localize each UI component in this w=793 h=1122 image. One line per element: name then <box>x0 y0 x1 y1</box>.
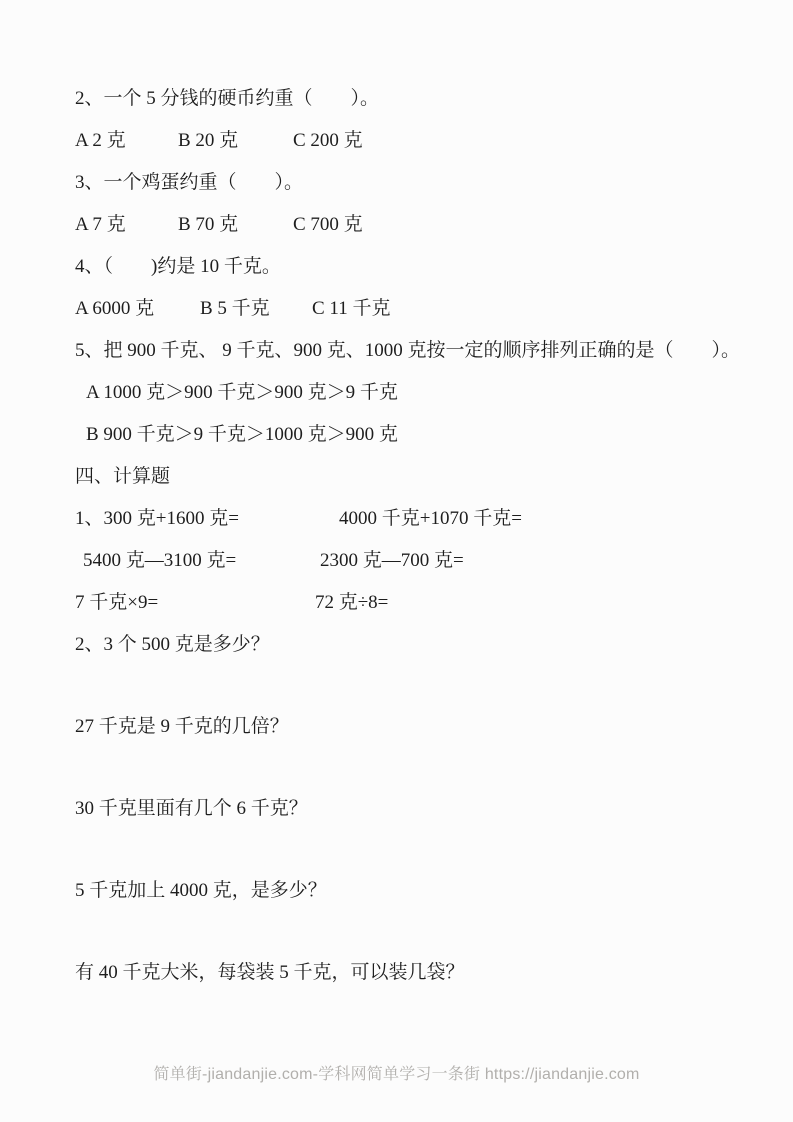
question-3-option-c: C 700 克 <box>293 214 363 236</box>
calc-row-1: 1、300 克+1600 克=4000 千克+1070 千克= <box>75 508 765 530</box>
question-3-options: A 7 克B 70 克C 700 克 <box>75 214 765 236</box>
calc-row-3-left: 7 千克×9= <box>75 592 315 614</box>
question-2-option-b: B 20 克 <box>178 130 293 152</box>
question-2-option-a: A 2 克 <box>75 130 178 152</box>
calc-section-heading: 四、计算题 <box>75 466 765 488</box>
question-4-option-a: A 6000 克 <box>75 298 200 320</box>
word-problem-2: 27 千克是 9 千克的几倍？ <box>75 716 765 738</box>
question-2-option-c: C 200 克 <box>293 130 363 152</box>
question-3-option-b: B 70 克 <box>178 214 293 236</box>
question-4-option-b: B 5 千克 <box>200 298 312 320</box>
question-4-prompt: 4、（ )约是 10 千克。 <box>75 256 765 278</box>
calc-row-1-left: 1、300 克+1600 克= <box>75 508 339 530</box>
calc-row-1-right: 4000 千克+1070 千克= <box>339 508 522 529</box>
calc-row-2-right: 2300 克—700 克= <box>320 550 464 571</box>
calc-row-3: 7 千克×9=72 克÷8= <box>75 592 765 614</box>
calc-row-3-right: 72 克÷8= <box>315 592 388 613</box>
worksheet-page: 2、一个 5 分钱的硬币约重（ ）。 A 2 克B 20 克C 200 克 3、… <box>0 0 793 1122</box>
word-problem-1: 2、3 个 500 克是多少？ <box>75 634 765 656</box>
question-5-option-b: B 900 千克＞9 千克＞1000 克＞900 克 <box>75 424 765 446</box>
question-3-prompt: 3、一个鸡蛋约重（ ）。 <box>75 172 765 194</box>
footer-watermark: 简单街-jiandanjie.com-学科网简单学习一条街 https://ji… <box>0 1064 793 1086</box>
worksheet-content: 2、一个 5 分钱的硬币约重（ ）。 A 2 克B 20 克C 200 克 3、… <box>75 88 765 1044</box>
question-5-option-a: A 1000 克＞900 千克＞900 克＞9 千克 <box>75 382 765 404</box>
question-5-prompt: 5、把 900 千克、 9 千克、900 克、1000 克按一定的顺序排列正确的… <box>75 340 765 362</box>
word-problem-4: 5 千克加上 4000 克，是多少？ <box>75 880 765 902</box>
question-2-options: A 2 克B 20 克C 200 克 <box>75 130 765 152</box>
question-4-options: A 6000 克B 5 千克C 11 千克 <box>75 298 765 320</box>
word-problem-3: 30 千克里面有几个 6 千克？ <box>75 798 765 820</box>
calc-row-2: 5400 克—3100 克=2300 克—700 克= <box>75 550 765 572</box>
question-4-option-c: C 11 千克 <box>312 298 390 320</box>
question-2-prompt: 2、一个 5 分钱的硬币约重（ ）。 <box>75 88 765 110</box>
question-3-option-a: A 7 克 <box>75 214 178 236</box>
calc-row-2-left: 5400 克—3100 克= <box>83 550 320 572</box>
word-problem-5: 有 40 千克大米，每袋装 5 千克，可以装几袋？ <box>75 962 765 984</box>
